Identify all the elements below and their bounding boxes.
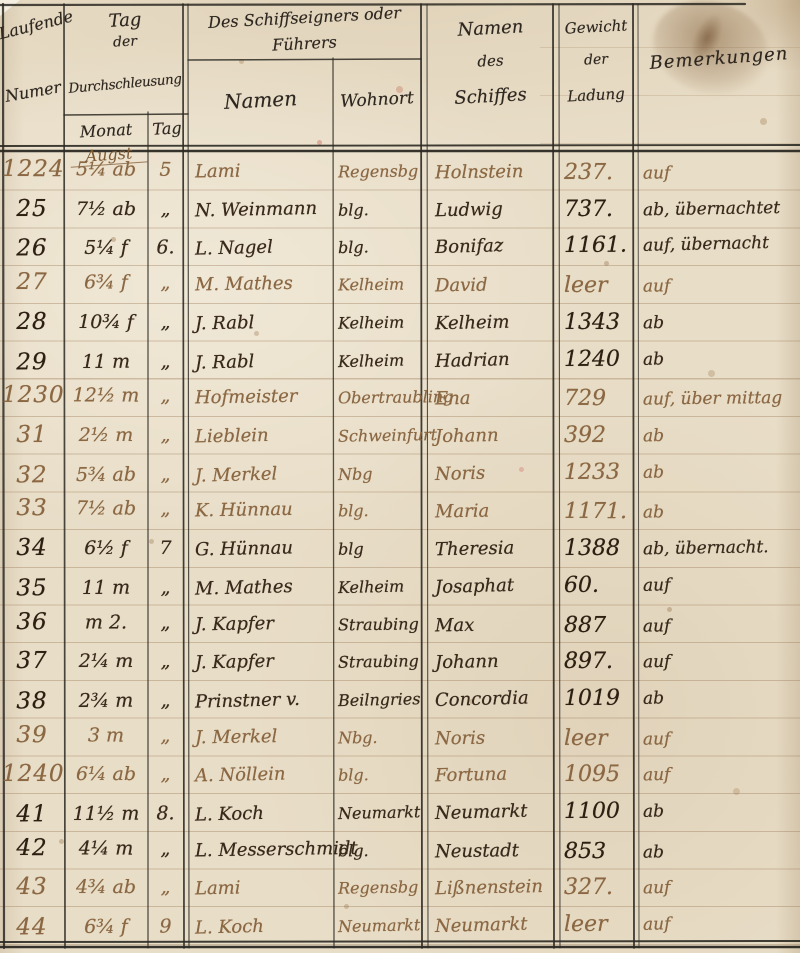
entry-residence: blg. [335, 227, 425, 267]
entry-ship-name: Noris [429, 718, 558, 758]
entry-remark: ab [641, 302, 800, 342]
entry-cargo-weight: leer [562, 719, 634, 757]
entry-ship-name: Josaphat [429, 566, 558, 607]
ledger-row: 37 2¼ m „ J. Kapfer Straubing Johann 897… [0, 643, 800, 681]
entry-ship-name: Ena [429, 379, 558, 419]
entry-cargo-weight: 1343 [562, 304, 634, 342]
entry-cargo-weight: 1233 [562, 453, 634, 491]
entry-cargo-weight: 887 [562, 606, 634, 644]
entry-day: „ [149, 569, 182, 607]
entry-cargo-weight: 853 [562, 833, 634, 871]
entry-owner-name: Prinstner v. [190, 680, 338, 722]
entry-cargo-weight: leer [562, 267, 634, 305]
ledger-row: 36 m 2. „ J. Kapfer Straubing Max 887 au… [0, 603, 800, 645]
entry-remark: ab [641, 338, 800, 379]
entry-ship-name: Kelheim [429, 302, 558, 342]
entry-time: 6¼ ab [66, 756, 146, 794]
entry-cargo-weight: 737. [562, 191, 634, 229]
ledger-row: 38 2¾ m „ Prinstner v. Beilngries Concor… [0, 678, 800, 721]
entry-number: 26 [2, 230, 62, 268]
ledger-row: 1230 12½ m „ Hofmeister Obertraubling En… [0, 377, 800, 419]
entry-residence: blg. [335, 756, 425, 795]
entry-time: 4¾ ab [66, 869, 146, 907]
entry-time: 3 m [66, 717, 146, 755]
entry-ship-name: David [429, 266, 558, 306]
entry-ship-name: Neustadt [429, 831, 558, 871]
entry-day: 5 [149, 152, 182, 190]
entry-ship-name: Neumarkt [429, 792, 558, 833]
entry-number: 37 [2, 643, 62, 681]
entry-remark: ab [641, 451, 800, 492]
entry-day: „ [149, 191, 182, 229]
entry-time: 2¾ m [66, 682, 146, 720]
entry-number: 39 [2, 717, 62, 755]
entry-owner-name: J. Rabl [190, 302, 338, 343]
entry-ship-name: Johann [429, 416, 558, 456]
entry-ship-name: Holnstein [429, 152, 558, 192]
entry-ship-name: Maria [429, 492, 558, 532]
ledger-row: 28 10¾ f „ J. Rabl Kelheim Kelheim 1343 … [0, 304, 800, 342]
entry-time: 7½ ab [66, 191, 146, 229]
entry-number: 42 [2, 830, 62, 868]
entry-residence: Straubing [335, 642, 425, 681]
entry-cargo-weight: 1019 [562, 680, 634, 718]
entry-number: 27 [2, 264, 62, 302]
entry-number: 1224 [2, 151, 62, 189]
entry-ship-name: Theresia [429, 529, 558, 569]
entry-number: 36 [2, 603, 62, 641]
entry-owner-name: A. Nöllein [190, 755, 338, 796]
entry-time: 4¼ m [66, 830, 146, 868]
entry-ship-name: Hadrian [429, 339, 558, 380]
entry-remark: auf [641, 755, 800, 795]
ledger-row: 1224 5¼ ab 5 Lami Regensbg Holnstein 237… [0, 151, 800, 193]
entry-remark: auf [641, 903, 800, 944]
entry-ship-name: Neumarkt [429, 905, 558, 946]
entry-remark: ab [641, 493, 800, 533]
entry-remark: ab [641, 677, 800, 718]
entry-residence: Regensbg [335, 152, 424, 191]
entry-owner-name: Hofmeister [190, 377, 338, 417]
entry-ship-name: Johann [429, 642, 558, 682]
entry-time: 6¾ f [66, 909, 146, 947]
entry-cargo-weight: 897. [562, 643, 634, 681]
ledger-row: 33 7½ ab „ K. Hünnau blg. Maria 1171. ab [0, 490, 800, 532]
entry-ship-name: Concordia [429, 679, 558, 720]
entry-owner-name: J. Kapfer [190, 604, 338, 644]
entry-remark: auf [641, 154, 800, 194]
entry-ship-name: Noris [429, 452, 558, 493]
ledger-row: 41 11½ m 8. L. Koch Neumarkt Neumarkt 11… [0, 792, 800, 835]
entry-day: 6. [149, 230, 182, 268]
entry-day: „ [149, 417, 182, 455]
entry-ship-name: Max [429, 605, 558, 645]
entry-cargo-weight: 1171. [562, 493, 634, 531]
entry-time: 6¾ f [66, 264, 146, 302]
ledger-row: 32 5¾ ab „ J. Merkel Nbg Noris 1233 ab [0, 452, 800, 495]
entry-residence: Nbg. [335, 718, 424, 757]
entry-remark: auf [641, 606, 800, 646]
entry-cargo-weight: 60. [562, 566, 634, 604]
entry-owner-name: K. Hünnau [190, 491, 338, 531]
entry-owner-name: J. Merkel [190, 454, 338, 496]
entry-time: 11 m [66, 569, 146, 607]
entry-remark: ab [641, 416, 800, 456]
entry-owner-name: L. Koch [190, 793, 338, 835]
entry-number: 28 [2, 304, 62, 342]
entry-day: „ [149, 343, 182, 381]
entry-cargo-weight: leer [562, 906, 634, 944]
entry-owner-name: J. Kapfer [190, 642, 338, 683]
entry-day: „ [149, 756, 182, 794]
entry-cargo-weight: 1095 [562, 756, 634, 794]
entry-number: 34 [2, 530, 62, 568]
entry-remark: ab, übernacht. [641, 529, 800, 569]
entry-time: 11 m [66, 343, 146, 381]
entry-residence: Regensbg [335, 869, 425, 908]
entry-time: 12½ m [66, 378, 146, 416]
ledger-row: 1240 6¼ ab „ A. Nöllein blg. Fortuna 109… [0, 756, 800, 794]
entry-time: 6½ f [66, 530, 146, 568]
entry-residence: blg. [335, 831, 424, 870]
entry-day: „ [149, 604, 182, 642]
entry-owner-name: L. Messerschmidt [190, 830, 338, 870]
ledger-page: Laufende Numer Tag der Durchschleusung M… [0, 0, 800, 953]
entry-remark: auf, über mittag [641, 380, 800, 420]
entry-number: 44 [2, 909, 62, 947]
entry-residence: blg. [335, 492, 424, 531]
entry-time: 10¾ f [66, 304, 146, 342]
entry-remark: auf [641, 868, 800, 908]
entry-cargo-weight: 1161. [562, 227, 634, 265]
entry-day: „ [149, 682, 182, 720]
entry-day: „ [149, 643, 182, 681]
entry-residence: Neumarkt [335, 906, 425, 946]
entry-day: „ [149, 869, 182, 907]
entry-time: 11½ m [66, 796, 146, 834]
entry-owner-name: J. Rabl [190, 340, 338, 382]
entry-owner-name: Lami [190, 151, 338, 191]
entry-ship-name: Ludwig [429, 189, 558, 229]
entry-residence: Obertraubling [335, 379, 424, 418]
entry-cargo-weight: 1388 [562, 530, 634, 568]
ledger-row: 31 2½ m „ Lieblein Schweinfurt Johann 39… [0, 417, 800, 455]
entry-residence: Kelheim [335, 303, 425, 342]
entry-remark: auf [641, 564, 800, 605]
ledger-row: 27 6¾ f „ M. Mathes Kelheim David leer a… [0, 264, 800, 306]
entry-remark: auf [641, 267, 800, 307]
entry-day: „ [149, 456, 182, 494]
entry-ship-name: Lißnenstein [429, 868, 558, 908]
entry-residence: Kelheim [335, 341, 425, 381]
entry-owner-name: L. Koch [190, 906, 338, 948]
entry-remark: auf, übernacht [641, 225, 800, 266]
entry-residence: Kelheim [335, 265, 424, 304]
ledger-row: 25 7½ ab „ N. Weinmann blg. Ludwig 737. … [0, 191, 800, 229]
entry-number: 35 [2, 570, 62, 608]
entry-owner-name: J. Merkel [190, 717, 338, 757]
entry-time: 5¾ ab [66, 456, 146, 494]
entry-number: 33 [2, 490, 62, 528]
entry-owner-name: Lieblein [190, 415, 338, 456]
entry-residence: Neumarkt [335, 793, 425, 833]
ledger-row: 42 4¼ m „ L. Messerschmidt blg. Neustadt… [0, 830, 800, 872]
ledger-rows: 1224 5¼ ab 5 Lami Regensbg Holnstein 237… [0, 0, 800, 953]
ledger-row: 35 11 m „ M. Mathes Kelheim Josaphat 60.… [0, 565, 800, 608]
entry-cargo-weight: 1100 [562, 793, 634, 831]
entry-cargo-weight: 237. [562, 154, 634, 192]
entry-residence: blg. [335, 190, 425, 229]
entry-residence: blg [335, 529, 425, 568]
entry-remark: auf [641, 642, 800, 682]
ledger-row: 44 6¾ f 9 L. Koch Neumarkt Neumarkt leer… [0, 905, 800, 948]
entry-day: 7 [149, 530, 182, 568]
entry-day: 8. [149, 795, 182, 833]
entry-residence: Nbg [335, 454, 425, 494]
entry-residence: Straubing [335, 605, 424, 644]
entry-time: 2½ m [66, 417, 146, 455]
entry-number: 25 [2, 191, 62, 229]
entry-residence: Schweinfurt [335, 416, 425, 455]
entry-ship-name: Bonifaz [429, 226, 558, 267]
entry-owner-name: Lami [190, 868, 338, 909]
entry-cargo-weight: 729 [562, 380, 634, 418]
entry-day: 9 [149, 909, 182, 947]
entry-ship-name: Fortuna [429, 755, 558, 795]
entry-time: 5¼ ab [66, 151, 146, 189]
entry-owner-name: L. Nagel [190, 227, 338, 269]
entry-time: 5¼ f [66, 230, 146, 268]
entry-day: „ [149, 378, 182, 416]
entry-day: „ [149, 717, 182, 755]
entry-remark: auf [641, 719, 800, 759]
entry-remark: ab [641, 832, 800, 872]
entry-residence: Beilngries [335, 680, 425, 720]
entry-number: 1240 [2, 756, 62, 794]
entry-number: 41 [2, 796, 62, 834]
ledger-row: 43 4¾ ab „ Lami Regensbg Lißnenstein 327… [0, 869, 800, 907]
entry-day: „ [149, 491, 182, 529]
entry-owner-name: M. Mathes [190, 264, 338, 304]
ledger-row: 26 5¼ f 6. L. Nagel blg. Bonifaz 1161. a… [0, 226, 800, 269]
ledger-row: 34 6½ f 7 G. Hünnau blg Theresia 1388 ab… [0, 530, 800, 568]
entry-number: 38 [2, 683, 62, 721]
entry-owner-name: G. Hünnau [190, 529, 338, 570]
entry-number: 1230 [2, 377, 62, 415]
entry-owner-name: N. Weinmann [190, 189, 338, 230]
entry-number: 31 [2, 417, 62, 455]
entry-day: „ [149, 265, 182, 303]
entry-time: 2¼ m [66, 643, 146, 681]
entry-day: „ [149, 304, 182, 342]
entry-time: 7½ ab [66, 491, 146, 529]
entry-remark: ab [641, 790, 800, 831]
ledger-row: 39 3 m „ J. Merkel Nbg. Noris leer auf [0, 717, 800, 759]
entry-cargo-weight: 327. [562, 869, 634, 907]
entry-owner-name: M. Mathes [190, 567, 338, 609]
entry-residence: Kelheim [335, 567, 425, 607]
entry-cargo-weight: 392 [562, 417, 634, 455]
entry-cargo-weight: 1240 [562, 340, 634, 378]
entry-day: „ [149, 830, 182, 868]
ledger-row: 29 11 m „ J. Rabl Kelheim Hadrian 1240 a… [0, 339, 800, 382]
entry-time: m 2. [66, 604, 146, 642]
entry-number: 43 [2, 869, 62, 907]
